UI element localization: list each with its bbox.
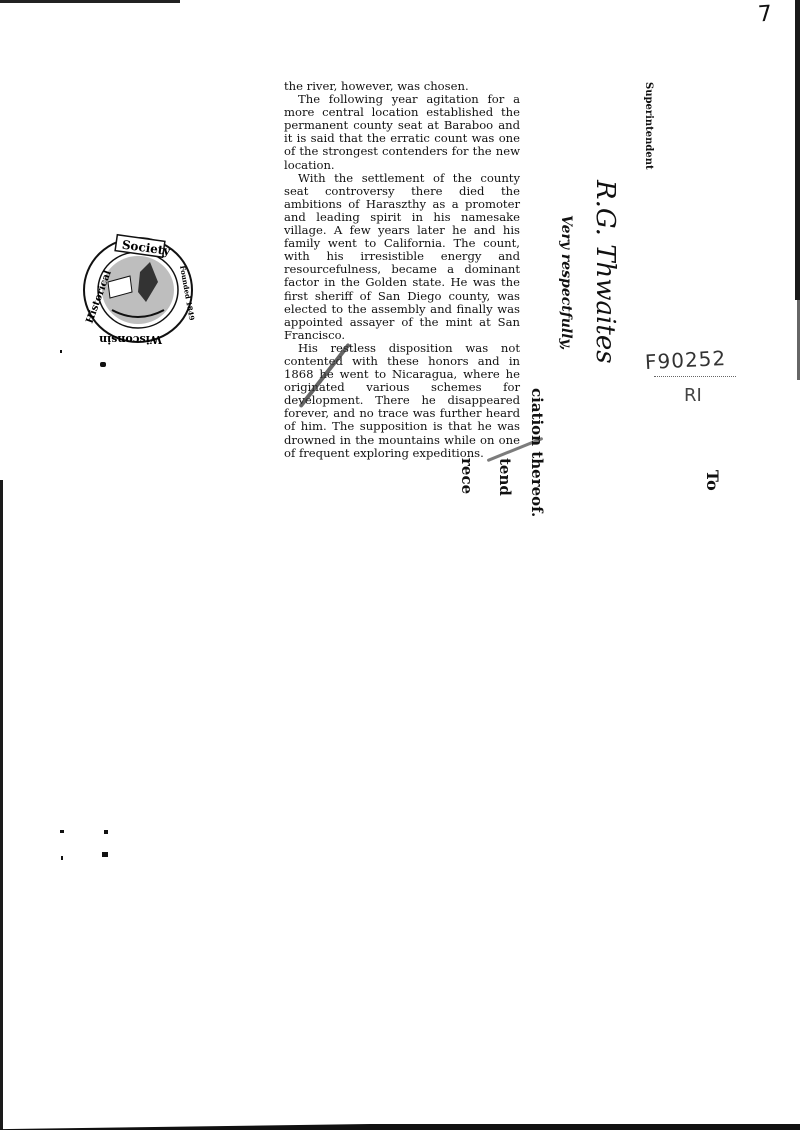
ink-speck bbox=[60, 350, 62, 353]
article-paragraph: The following year agitation for a more … bbox=[284, 93, 520, 172]
scan-edge-top bbox=[0, 0, 180, 3]
article-paragraph: With the settlement of the county seat c… bbox=[284, 172, 520, 342]
ink-speck bbox=[61, 856, 63, 860]
newspaper-clipping: the river, however, was chosen. The foll… bbox=[284, 80, 520, 460]
article-paragraph: His restless disposition was not content… bbox=[284, 342, 520, 460]
letter-fragment: tend bbox=[496, 458, 514, 496]
scan-edge-right bbox=[795, 0, 800, 300]
ink-speck bbox=[104, 830, 108, 834]
signer-title: Superintendent bbox=[643, 82, 654, 170]
letter-closing: Very respectfully, bbox=[558, 215, 574, 350]
dotted-rule bbox=[654, 376, 736, 378]
page-number: 7 bbox=[757, 2, 773, 28]
letter-fragment: rece bbox=[458, 458, 476, 494]
svg-text:Founded 1849: Founded 1849 bbox=[178, 265, 197, 321]
catalog-number: F90252 bbox=[644, 346, 726, 374]
signature: R.G. Thwaites bbox=[590, 180, 620, 364]
scan-edge-left bbox=[0, 480, 3, 1130]
letter-fragment: To bbox=[703, 470, 722, 491]
handwritten-initials: RI bbox=[684, 385, 702, 406]
ink-speck bbox=[102, 852, 108, 857]
historical-society-seal-icon: Society Historical Wisconsin Founded 184… bbox=[78, 232, 198, 348]
ink-speck bbox=[100, 362, 106, 367]
letter-fragment: ciation thereof. bbox=[528, 388, 546, 517]
ink-speck bbox=[60, 830, 64, 833]
svg-text:Wisconsin: Wisconsin bbox=[99, 333, 163, 346]
scan-edge-bottom bbox=[0, 1124, 800, 1130]
